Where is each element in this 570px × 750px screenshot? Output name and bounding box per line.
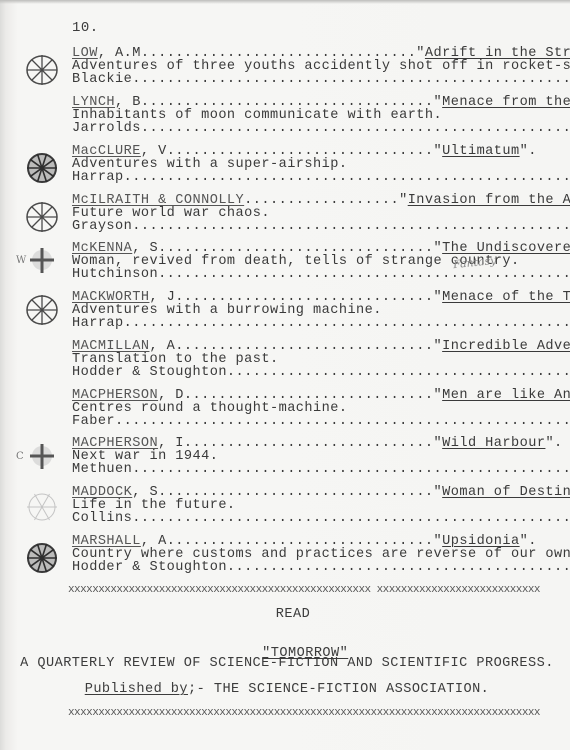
book-entry: McILRAITH & CONNOLLY.................."I…	[72, 195, 567, 233]
publisher-price-line: Faber...................................…	[72, 416, 567, 429]
publisher-price-line: Harrap..................................…	[72, 172, 567, 185]
book-entry: MACPHERSON, I...........................…	[72, 438, 567, 476]
publisher: Hutchinson..............................…	[72, 267, 570, 282]
published-by-label: Published by	[85, 682, 188, 697]
advert-tagline: A QUARTERLY REVIEW OF SCIENCE-FICTION AN…	[2, 656, 570, 671]
book-title: Incredible Adventure	[442, 339, 570, 354]
publisher-price-line: Grayson.................................…	[72, 221, 567, 234]
title-close-quote: ".	[520, 144, 537, 159]
book-title: Woman of Destiny	[442, 485, 570, 500]
book-title: Menace from the Moon	[442, 95, 570, 110]
book-entry: LOW, A.M................................…	[72, 48, 567, 86]
advert-read: READ	[8, 607, 570, 622]
publisher: Harrap..................................…	[72, 316, 570, 331]
book-title: Menace of the Terribore	[442, 290, 570, 305]
publisher-price-line: Jarrolds................................…	[72, 123, 567, 136]
wheel-outline-icon	[22, 290, 62, 330]
cross-icon	[22, 240, 62, 280]
book-entry: MACKWORTH, J............................…	[72, 292, 567, 330]
publisher: Methuen.................................…	[72, 462, 570, 477]
margin-letter: W	[16, 255, 26, 266]
publisher: Collins.................................…	[72, 511, 570, 526]
publisher: Jarrolds................................…	[72, 121, 570, 136]
wheel-faint-icon	[22, 487, 62, 527]
divider-top: xxxxxxxxxxxxxxxxxxxxxxxxxxxxxxxxxxxxxxxx…	[68, 584, 540, 596]
book-title: Men are like Animals	[442, 388, 570, 403]
book-entry: MADDOCK, S..............................…	[72, 487, 567, 525]
margin-letter: C	[16, 451, 24, 462]
publisher-price-line: Collins.................................…	[72, 513, 567, 526]
publisher: Harrap..................................…	[72, 170, 570, 185]
book-entry: MACMILLAN, A............................…	[72, 341, 567, 379]
publisher: Hodder & Stoughton......................…	[72, 560, 570, 575]
publisher: Faber...................................…	[72, 414, 570, 429]
publisher-price-line: Hutchinson..............................…	[72, 269, 567, 282]
publisher-price-line: Methuen.................................…	[72, 464, 567, 477]
publisher-price-line: Hodder & Stoughton......................…	[72, 562, 567, 575]
publisher: Blackie.................................…	[72, 72, 570, 87]
cross-icon	[22, 436, 62, 476]
page-number: 10.	[72, 22, 99, 35]
publisher-price-line: Hodder & Stoughton......................…	[72, 367, 567, 380]
wheel-filled-icon	[22, 538, 62, 578]
publisher-price-line: Blackie.................................…	[72, 74, 567, 87]
page-top-edge	[0, 0, 570, 4]
book-title: Ultimatum	[442, 144, 519, 159]
advert-published-by: Published by;- THE SCIENCE-FICTION ASSOC…	[2, 682, 570, 697]
title-close-quote: ".	[545, 436, 562, 451]
publisher-price-line: Harrap..................................…	[72, 318, 567, 331]
wheel-outline-icon	[22, 50, 62, 90]
book-entry: MACPHERSON, D...........................…	[72, 390, 567, 428]
book-entry: LYNCH, B................................…	[72, 97, 567, 135]
publisher: Grayson.................................…	[72, 219, 570, 234]
wheel-outline-icon	[22, 197, 62, 237]
wheel-filled-icon	[22, 148, 62, 188]
book-entry: MARSHALL, A.............................…	[72, 536, 567, 574]
document-page: 10. LOW, A.M............................…	[0, 0, 570, 750]
divider-bottom: xxxxxxxxxxxxxxxxxxxxxxxxxxxxxxxxxxxxxxxx…	[68, 707, 540, 719]
book-entry: MacCLURE, V.............................…	[72, 146, 567, 184]
book-title: Wild Harbour	[442, 436, 545, 451]
publisher: Hodder & Stoughton......................…	[72, 365, 570, 380]
publisher-association: ;- THE SCIENCE-FICTION ASSOCIATION.	[188, 682, 489, 697]
book-title: Invasion from the Air	[408, 193, 570, 208]
